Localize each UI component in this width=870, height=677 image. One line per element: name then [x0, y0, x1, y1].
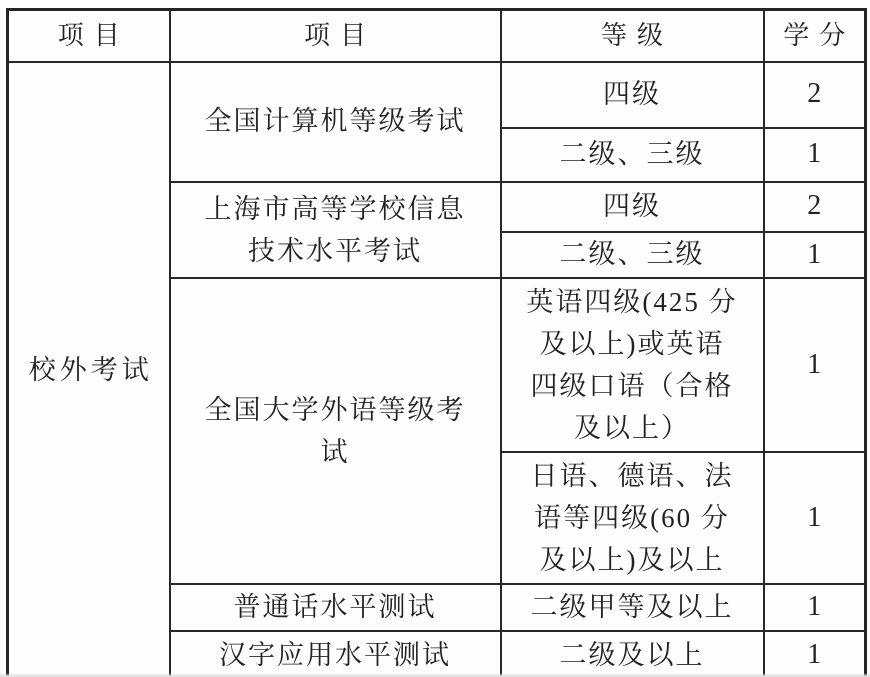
header-row: 项目 项目 等级 学分: [8, 10, 866, 62]
category-cell: 校外考试: [8, 62, 170, 677]
exam-name-cell: 全国计算机等级考试: [170, 62, 501, 182]
header-level: 等级: [501, 10, 764, 62]
level-cell: 四级: [501, 62, 764, 128]
credit-cell: 1: [764, 278, 866, 452]
credit-cell: 2: [764, 182, 866, 232]
header-category: 项目: [8, 10, 170, 62]
scanned-document-page: 项目 项目 等级 学分 校外考试 全国计算机等级考试 四级 2 二级、三级 1 …: [0, 0, 870, 677]
level-cell: 日语、德语、法 语等四级(60 分 及以上)及以上: [501, 452, 764, 584]
exam-name-cell: 普通话水平测试: [170, 584, 501, 631]
table-row: 校外考试 全国计算机等级考试 四级 2: [8, 62, 866, 128]
off-campus-exam-credits-table: 项目 项目 等级 学分 校外考试 全国计算机等级考试 四级 2 二级、三级 1 …: [6, 8, 867, 677]
header-credit: 学分: [764, 10, 866, 62]
credit-cell: 1: [764, 631, 866, 677]
header-exam-name: 项目: [170, 10, 501, 62]
credit-cell: 1: [764, 232, 866, 279]
exam-name-cell: 全国大学外语等级考 试: [170, 278, 501, 584]
level-cell: 二级及以上: [501, 631, 764, 677]
credit-cell: 1: [764, 128, 866, 182]
level-cell: 二级甲等及以上: [501, 584, 764, 631]
level-cell: 二级、三级: [501, 232, 764, 279]
level-cell: 英语四级(425 分 及以上)或英语 四级口语（合格 及以上）: [501, 278, 764, 452]
level-cell: 四级: [501, 182, 764, 232]
exam-name-cell: 上海市高等学校信息 技术水平考试: [170, 182, 501, 279]
exam-name-cell: 汉字应用水平测试: [170, 631, 501, 677]
credit-cell: 1: [764, 452, 866, 584]
credit-cell: 2: [764, 62, 866, 128]
credit-cell: 1: [764, 584, 866, 631]
level-cell: 二级、三级: [501, 128, 764, 182]
